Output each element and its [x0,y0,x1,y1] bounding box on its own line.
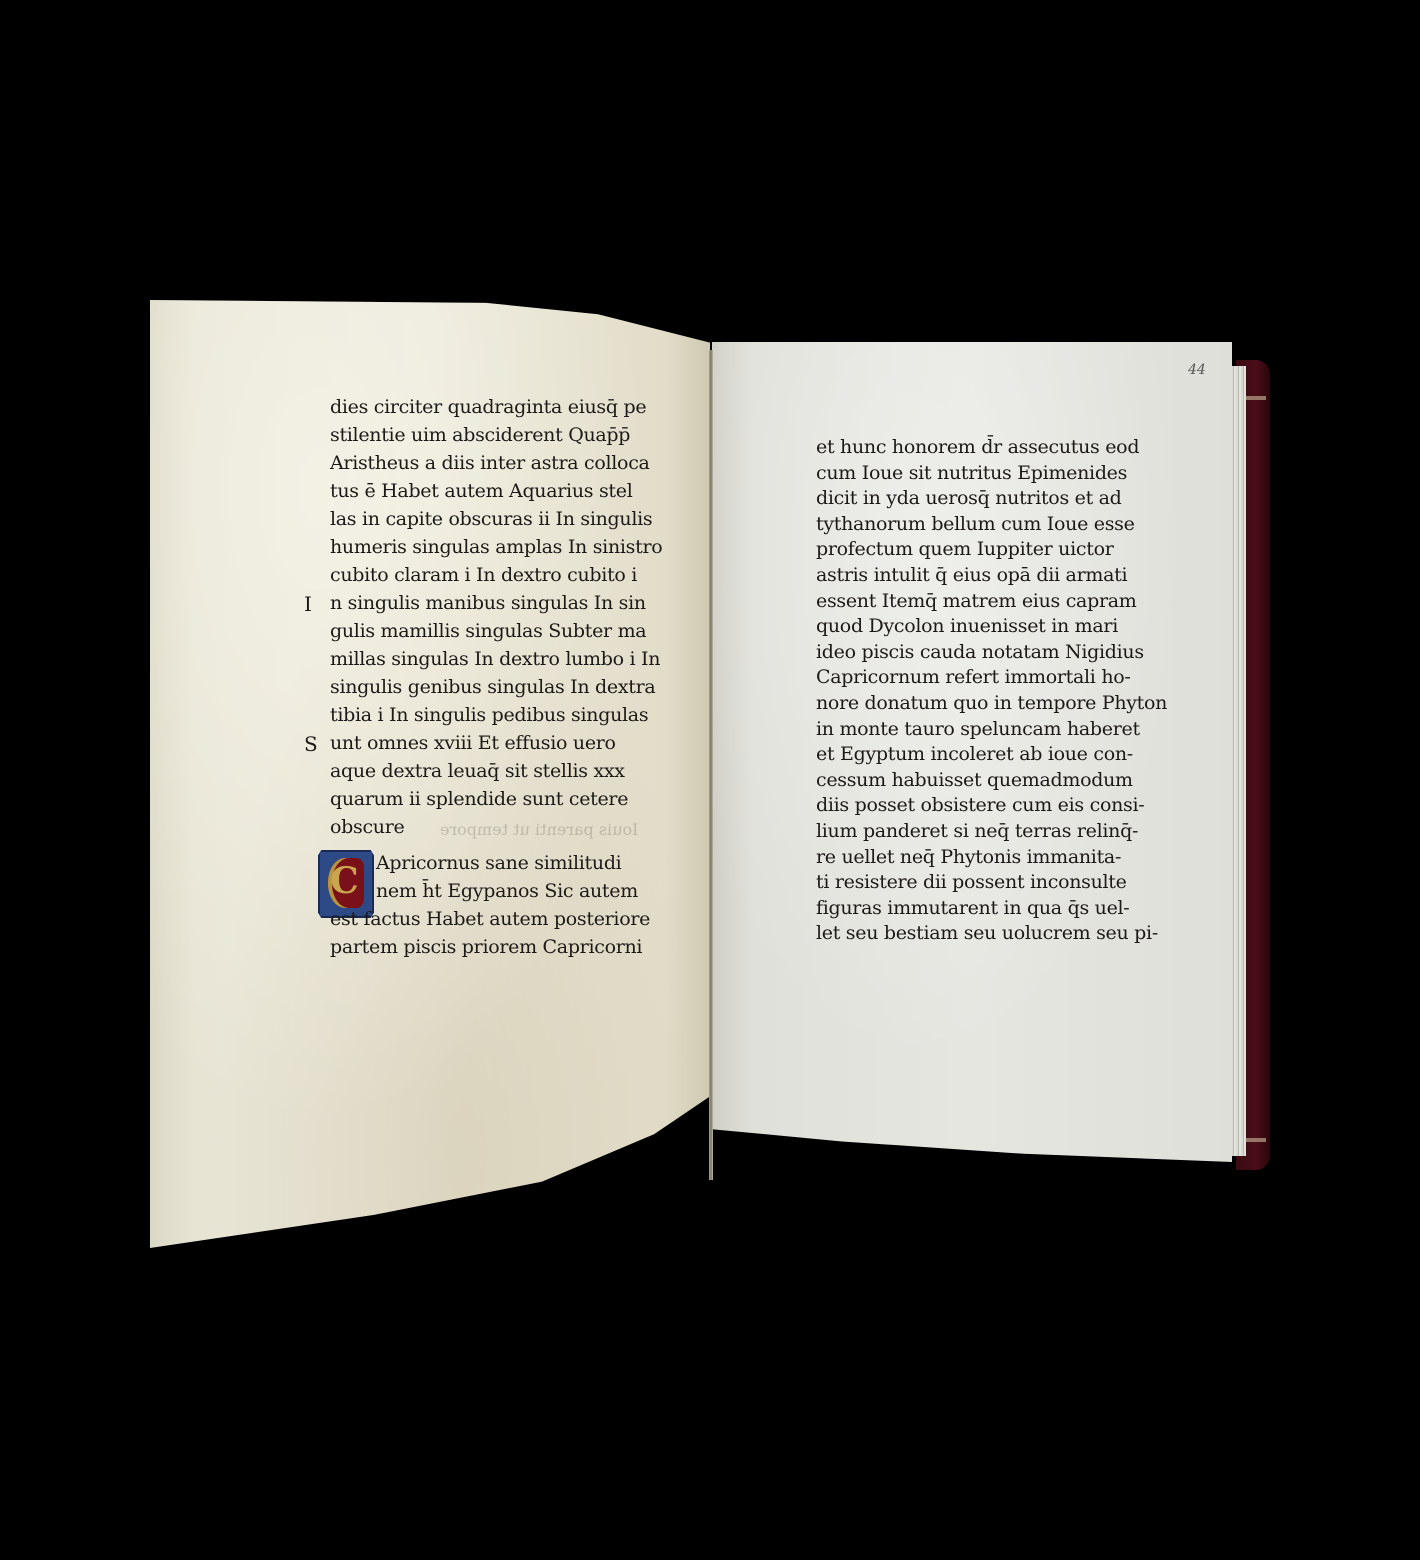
text-line: diis posset obsistere cum eis consi- [816,794,1144,816]
text-line: Aristheus a diis inter astra colloca [330,452,650,474]
text-line: las in capite obscuras ii In singulis [330,508,652,530]
text-line: unt omnes xviii Et effusio uero [330,732,616,754]
text-line: humeris singulas amplas In sinistro [330,536,662,558]
text-line: astris intulit q̄ eius opā dii armati [816,564,1127,586]
text-line: let seu bestiam seu uolucrem seu pi- [816,922,1158,944]
text-line: essent Itemq̄ matrem eius capram [816,590,1136,612]
text-line: ideo piscis cauda notatam Nigidius [816,641,1144,663]
text-line: in monte tauro speluncam haberet [816,718,1140,740]
text-line: et hunc honorem d̄r assecutus eod [816,436,1139,458]
margin-initial-letter: I [304,592,312,616]
text-line: ti resistere dii possent inconsulte [816,871,1127,893]
text-line: cessum habuisset quemadmodum [816,769,1133,791]
text-line: cum Ioue sit nutritus Epimenides [816,462,1127,484]
text-line: est factus Habet autem posteriore [330,908,650,930]
text-line: quod Dycolon inuenisset in mari [816,615,1118,637]
text-line: figuras immutarent in qua q̄s uel- [816,897,1129,919]
text-line: Apricornus sane similitudi [376,852,621,874]
text-line: profectum quem Iuppiter uictor [816,538,1114,560]
folio-number: 44 [1188,362,1206,378]
text-line: obscure [330,816,404,838]
text-line: cubito claram i In dextro cubito i [330,564,637,586]
text-line: Capricornum refert immortali ho- [816,666,1131,688]
bleed-through-text: Iouis parenti ut tempore [440,820,638,839]
text-line: quarum ii splendide sunt cetere [330,788,628,810]
text-line: dies circiter quadraginta eiusq̄ pe [330,396,646,418]
margin-initial-letter: S [304,732,318,756]
text-line: tibia i In singulis pedibus singulas [330,704,648,726]
text-line: et Egyptum incoleret ab ioue con- [816,743,1133,765]
text-line: lium panderet si neq̄ terras relinq̄- [816,820,1138,842]
text-line: millas singulas In dextro lumbo i In [330,648,660,670]
text-line: stilentie uim absciderent Quap̄p̄ [330,424,630,446]
text-line: nem h̄t Egypanos Sic autem [376,880,638,902]
text-line: tythanorum bellum cum Ioue esse [816,513,1135,535]
text-line: aque dextra leuaq̄ sit stellis xxx [330,760,625,782]
text-line: singulis genibus singulas In dextra [330,676,655,698]
text-line: gulis mamillis singulas Subter ma [330,620,646,642]
book-gutter [709,350,713,1180]
text-line: partem piscis priorem Capricorni [330,936,642,958]
initial-letter-glyph: C [330,860,359,902]
open-manuscript-book: 44 dies circiter quadraginta eiusq̄ pe s… [0,0,1420,1560]
text-line: re uellet neq̄ Phytonis immanita- [816,846,1121,868]
text-line: n singulis manibus singulas In sin [330,592,646,614]
text-line: tus ē Habet autem Aquarius stel [330,480,632,502]
text-line: dicit in yda uerosq̄ nutritos et ad [816,487,1122,509]
text-line: nore donatum quo in tempore Phyton [816,692,1167,714]
